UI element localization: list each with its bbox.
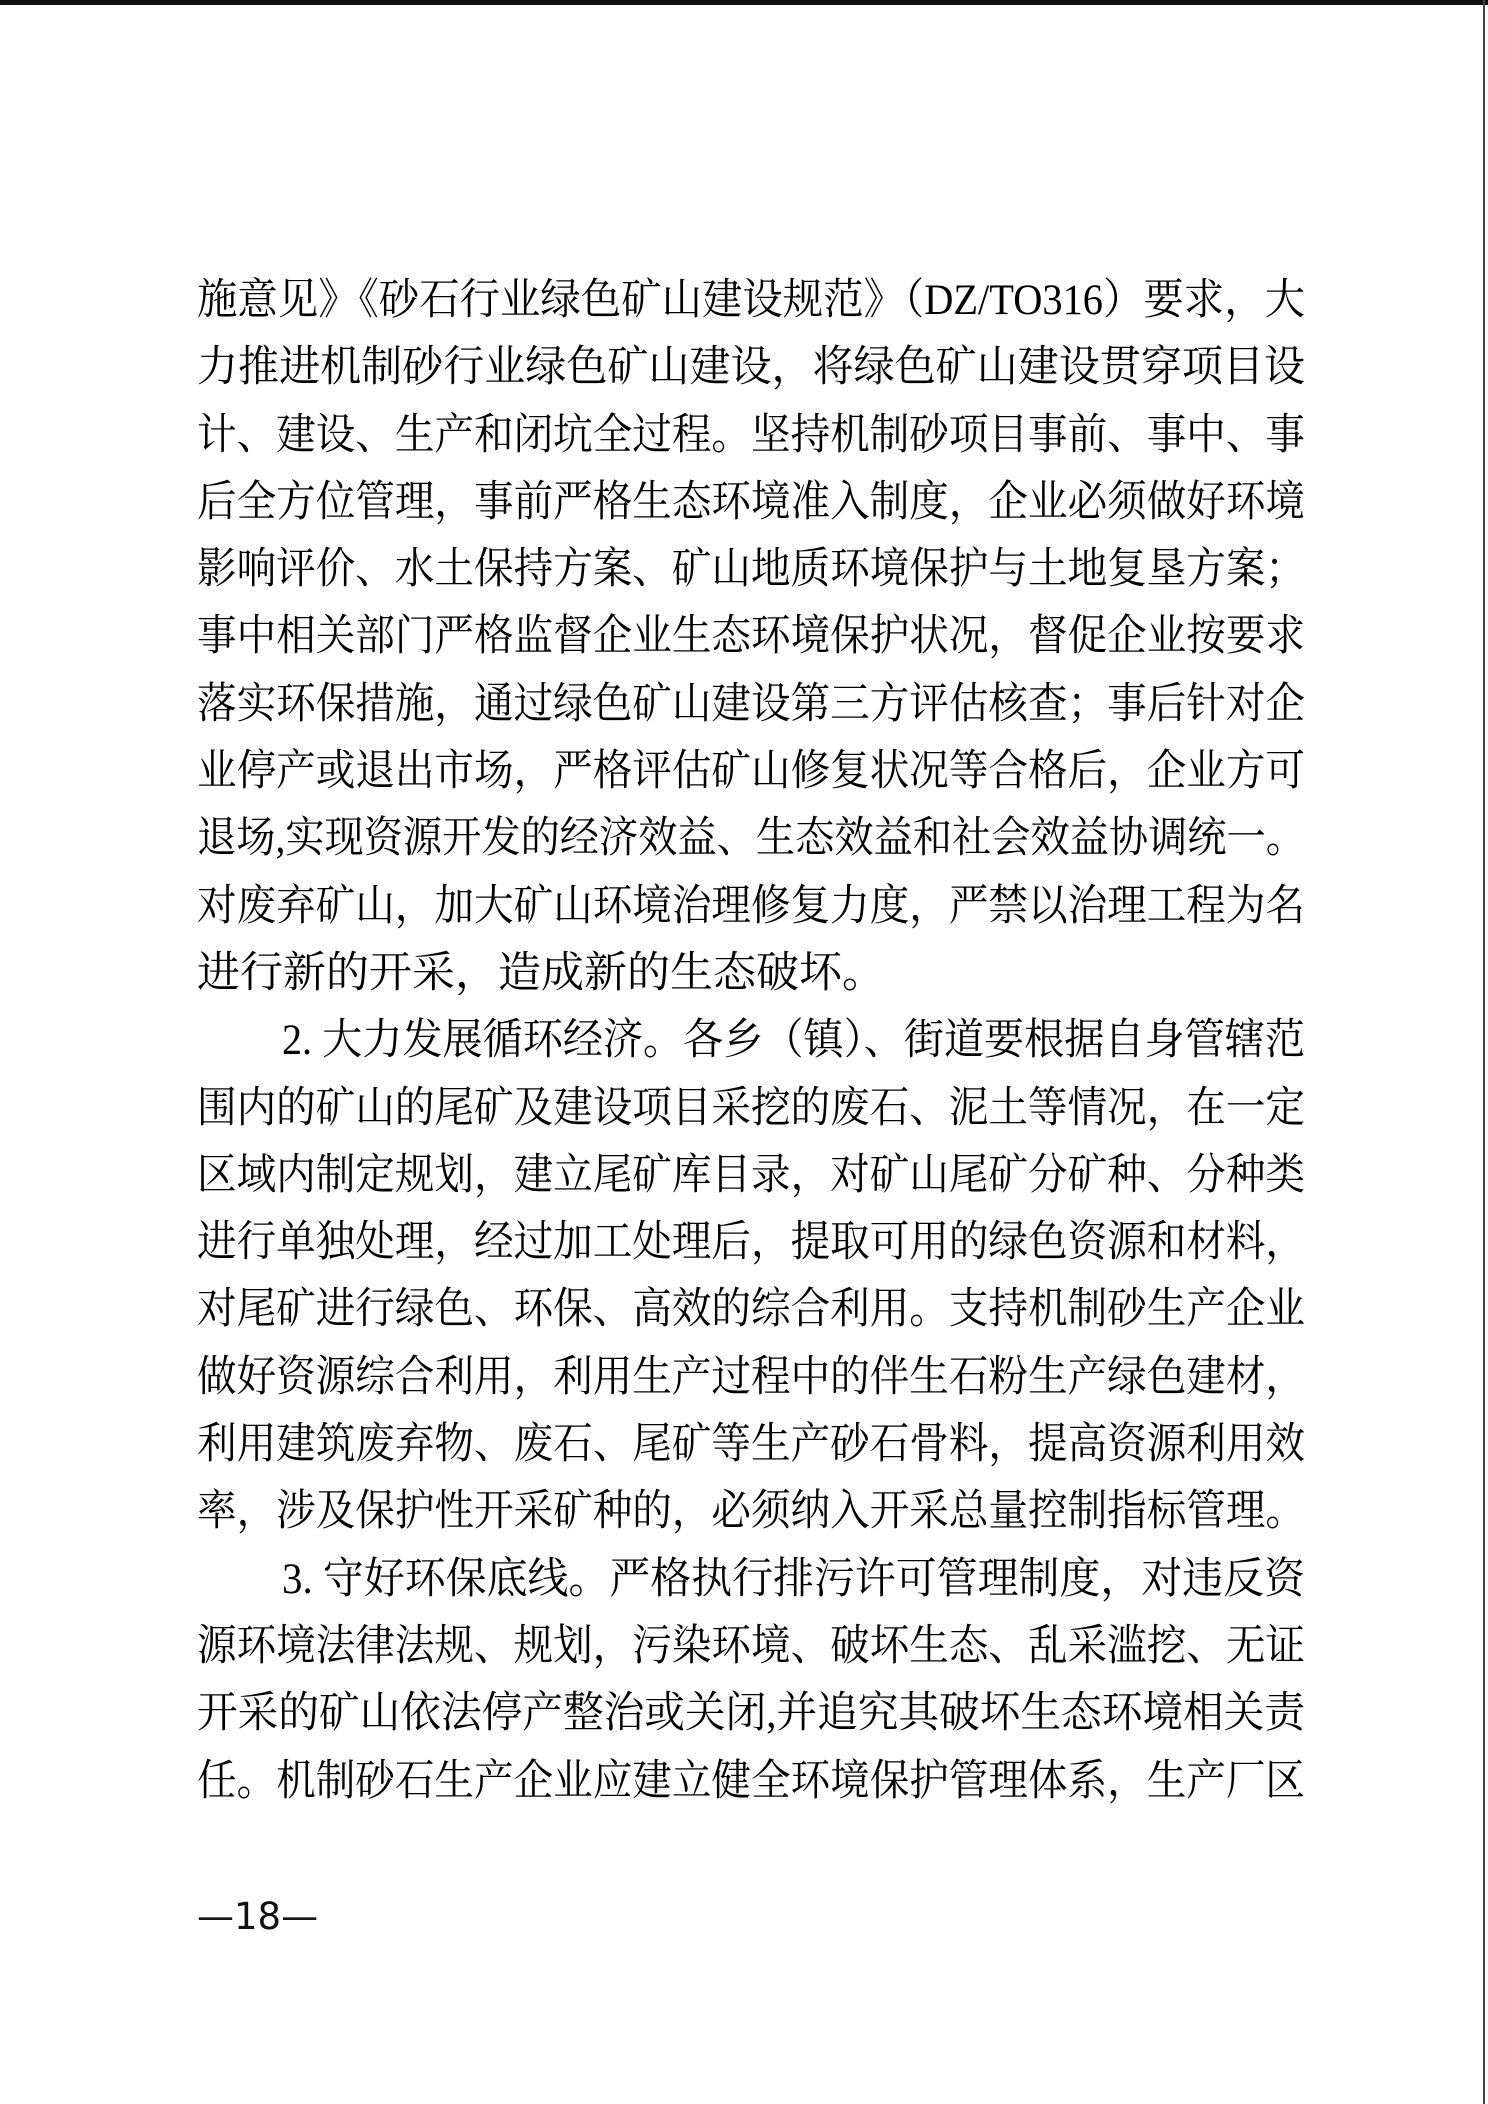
text-line: 落实环保措施，通过绿色矿山建设第三方评估核查；事后针对企 xyxy=(197,671,1305,738)
text-line: 2. 大力发展循环经济。各乡（镇）、街道要根据自身管辖范 xyxy=(197,1007,1305,1074)
text-line: 3. 守好环保底线。严格执行排污许可管理制度，对违反资 xyxy=(197,1546,1305,1613)
text-line: 计、建设、生产和闭坑全过程。坚持机制砂项目事前、事中、事 xyxy=(197,402,1305,469)
text-line: 事中相关部门严格监督企业生态环境保护状况，督促企业按要求 xyxy=(197,603,1305,670)
text-line: 围内的矿山的尾矿及建设项目采挖的废石、泥土等情况，在一定 xyxy=(197,1075,1305,1142)
text-line: 对废弃矿山，加大矿山环境治理修复力度，严禁以治理工程为名 xyxy=(197,873,1305,940)
text-line: 施意见》《砂石行业绿色矿山建设规范》（DZ/TO316）要求，大 xyxy=(197,267,1305,334)
text-line: 利用建筑废弃物、废石、尾矿等生产砂石骨料，提高资源利用效 xyxy=(197,1411,1305,1478)
page-number: —18— xyxy=(197,1896,318,1938)
scan-edge-top xyxy=(0,0,1488,5)
text-line: 退场,实现资源开发的经济效益、生态效益和社会效益协调统一。 xyxy=(197,805,1305,872)
text-line: 做好资源综合利用，利用生产过程中的伴生石粉生产绿色建材， xyxy=(197,1344,1305,1411)
document-page: 施意见》《砂石行业绿色矿山建设规范》（DZ/TO316）要求，大力推进机制砂行业… xyxy=(0,0,1488,2104)
text-line: 进行新的开采，造成新的生态破坏。 xyxy=(197,940,1305,1007)
text-line: 影响评价、水土保持方案、矿山地质环境保护与土地复垦方案； xyxy=(197,536,1305,603)
text-line: 开采的矿山依法停产整治或关闭,并追究其破坏生态环境相关责 xyxy=(197,1680,1305,1747)
scan-edge-right xyxy=(1483,0,1485,2104)
text-line: 对尾矿进行绿色、环保、高效的综合利用。支持机制砂生产企业 xyxy=(197,1276,1305,1343)
text-line: 业停产或退出市场，严格评估矿山修复状况等合格后，企业方可 xyxy=(197,738,1305,805)
text-line: 力推进机制砂行业绿色矿山建设，将绿色矿山建设贯穿项目设 xyxy=(197,334,1305,401)
text-line: 任。机制砂石生产企业应建立健全环境保护管理体系，生产厂区 xyxy=(197,1748,1305,1815)
body-text: 施意见》《砂石行业绿色矿山建设规范》（DZ/TO316）要求，大力推进机制砂行业… xyxy=(197,267,1305,1815)
text-line: 区域内制定规划，建立尾矿库目录，对矿山尾矿分矿种、分种类 xyxy=(197,1142,1305,1209)
text-line: 进行单独处理，经过加工处理后，提取可用的绿色资源和材料， xyxy=(197,1209,1305,1276)
text-line: 后全方位管理，事前严格生态环境准入制度，企业必须做好环境 xyxy=(197,469,1305,536)
text-line: 源环境法律法规、规划，污染环境、破坏生态、乱采滥挖、无证 xyxy=(197,1613,1305,1680)
text-line: 率，涉及保护性开采矿种的，必须纳入开采总量控制指标管理。 xyxy=(197,1478,1305,1545)
